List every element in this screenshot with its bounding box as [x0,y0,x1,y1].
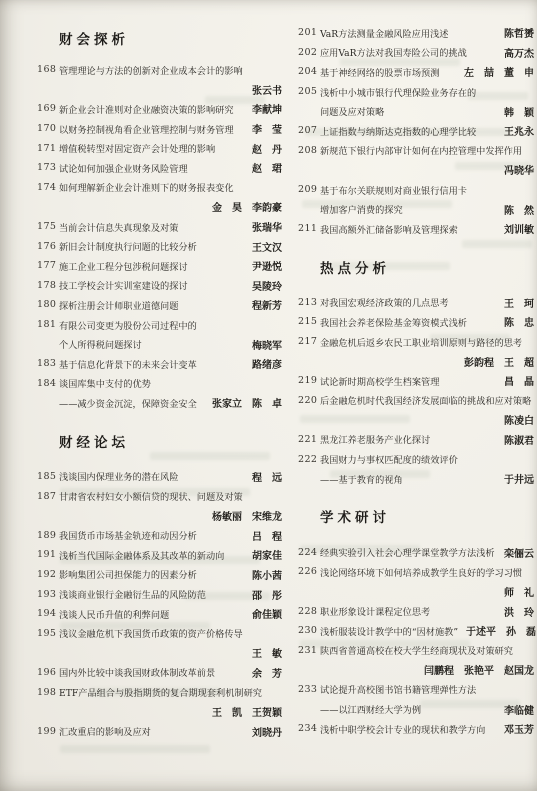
entry-title: 新企业会计准则对企业融资决策的影响研究 [59,102,234,116]
entry-authors: 陈哲赟 [496,25,534,40]
entry-authors: 邵 彤 [244,587,282,602]
entry-number: 204 [298,66,320,77]
entry-number: 234 [298,723,320,734]
toc-entry-continuation: 问题及应对策略韩 颖 [298,101,534,121]
toc-entry: 168管理理论与方法的创新对企业成本会计的影响 [37,60,282,80]
toc-entry-continuation: ——基于教育的视角于井远 [298,469,534,489]
toc-entry: 215我国社会养老保险基金筹资模式浅析陈 忠 [298,312,534,332]
entry-title: 影响集团公司担保能力的因素分析 [59,567,197,581]
toc-entry-continuation: 个人所得税问题探讨梅晓军 [37,334,282,354]
toc-entry: 211我国高额外汇储备影响及管理探索刘训敏 [298,219,534,239]
entry-authors: 王兆永 [496,123,534,138]
entry-title: 应用VaR方法对我国寿险公司的挑战 [320,45,467,59]
toc-entry: 222我国财力与事权匹配度的绩效评价 [298,449,534,469]
entry-authors-line: 张云书 [37,80,282,100]
entry-authors: 栾俪云 [496,545,534,560]
entry-title: ETF产品组合与股指期货的复合期现套利机制研究 [59,685,262,699]
entry-number: 219 [298,375,320,386]
entry-authors-line: 彭韵程 王 超 [298,351,534,371]
entry-number: 196 [37,667,59,678]
entry-title: 国内外比较中谈我国财政体制改革前景 [59,665,215,679]
entry-authors: 赵 珺 [244,160,282,175]
entry-number: 198 [37,687,59,698]
entry-authors: 梅晓军 [244,337,282,352]
entry-authors: 杨敏丽 宋维龙 [204,508,282,523]
toc-entry: 181有限公司变更为股份公司过程中的 [37,315,282,335]
entry-title: 如何理解新企业会计准则下的财务报表变化 [59,180,234,194]
entry-title: 试论新时期高校学生档案管理 [320,374,439,388]
entry-title-continued: 增加客户消费的探究 [298,202,403,216]
entry-number: 226 [298,566,320,577]
toc-entry: 198ETF产品组合与股指期货的复合期现套利机制研究 [37,682,282,702]
section-title: 财经论坛 [37,427,282,455]
toc-entry: 231陕西省普通高校在校大学生经商现状及对策研究 [298,640,534,660]
entry-authors: 张家立 陈 卓 [204,395,282,410]
entry-authors: 王 珂 [496,295,534,310]
entry-title: 浅析当代国际金融体系及其改革的新动向 [59,548,224,562]
entry-title: 浅析中职学校会计专业的现状和教学方向 [320,722,485,736]
entry-title: 上证指数与纳斯达克指数的心理学比较 [320,124,476,138]
entry-number: 180 [37,299,59,310]
toc-entry: 178技工学校会计实训室建设的探讨吴陵玲 [37,276,282,296]
toc-column-left: 财会探析168管理理论与方法的创新对企业成本会计的影响张云书169新企业会计准则… [37,24,282,741]
entry-title: 职业形象设计课程定位思考 [320,604,430,618]
entry-number: 181 [37,319,59,330]
toc-entry: 177施工企业工程分包涉税问题探讨尹逊悦 [37,256,282,276]
entry-number: 233 [298,684,320,695]
toc-entry-continuation: ——减少资金沉淀，保障资金安全张家立 陈 卓 [37,393,282,413]
entry-authors-line: 金 昊 李韵豪 [37,197,282,217]
entry-authors: 赵 丹 [244,141,282,156]
entry-number: 191 [37,549,59,560]
entry-title-continued: ——基于教育的视角 [298,472,403,486]
toc-entry: 180探析注册会计师职业道德问题程新芳 [37,295,282,315]
entry-title: 基于信息化背景下的未来会计变革 [59,357,197,371]
toc-entry: 202应用VaR方法对我国寿险公司的挑战高万杰 [298,43,534,63]
toc-entry: 171增值税转型对固定资产会计处理的影响赵 丹 [37,138,282,158]
entry-title: 增值税转型对固定资产会计处理的影响 [59,141,215,155]
entry-authors: 刘晓丹 [244,724,282,739]
entry-authors: 于井远 [496,471,534,486]
entry-number: 176 [37,241,59,252]
entry-title: 试论如何加强企业财务风险管理 [59,161,188,175]
entry-number: 199 [37,726,59,737]
toc-entry: 169新企业会计准则对企业融资决策的影响研究李献坤 [37,99,282,119]
entry-authors: 金 昊 李韵豪 [204,199,282,214]
entry-title: 以财务控制视角看企业管理控制与财务管理 [59,122,234,136]
toc-entry: 230浅析服装设计教学中的“因材施教”于述平 孙 磊 [298,621,534,641]
entry-authors: 邓玉芳 [496,721,534,736]
entry-title: VaR方法测量金融风险应用浅述 [320,26,448,40]
entry-title-continued: ——减少资金沉淀，保障资金安全 [37,396,197,410]
entry-number: 194 [37,608,59,619]
entry-title: 管理理论与方法的创新对企业成本会计的影响 [59,63,243,77]
toc-entry: 189我国货币市场基金轨迹和动因分析吕 程 [37,525,282,545]
toc-entry: 183基于信息化背景下的未来会计变革路绪彦 [37,354,282,374]
entry-authors: 王 敏 [244,645,282,660]
entry-authors-line: 冯晓华 [298,160,534,180]
entry-title: 我国货币市场基金轨迹和动因分析 [59,528,197,542]
entry-number: 169 [37,103,59,114]
entry-title-continued: 个人所得税问题探讨 [37,337,142,351]
entry-number: 192 [37,569,59,580]
toc-entry: 174如何理解新企业会计准则下的财务报表变化 [37,178,282,198]
entry-authors: 路绪彦 [244,356,282,371]
entry-title-continued: ——以江西财经大学为例 [298,702,421,716]
entry-number: 183 [37,358,59,369]
entry-title: 技工学校会计实训室建设的探讨 [59,278,188,292]
entry-title: 浅析中小城市银行代理保险业务存在的 [320,85,476,99]
toc-entry: 226浅论网络环境下如何培养成教学生良好的学习习惯 [298,562,534,582]
entry-title: 当前会计信息失真现象及对策 [59,220,178,234]
entry-number: 178 [37,280,59,291]
entry-authors: 闫鹏程 张艳平 赵国龙 [416,662,534,677]
entry-authors: 刘训敏 [496,221,534,236]
entry-number: 208 [298,145,320,156]
toc-column-right: 201VaR方法测量金融风险应用浅述陈哲赟202应用VaR方法对我国寿险公司的挑… [298,23,534,738]
toc-entry-continuation: 增加客户消费的探究陈 然 [298,199,534,219]
entry-authors: 高万杰 [496,45,534,60]
bleed-through-artifact [60,745,210,753]
entry-authors: 吕 程 [244,528,282,543]
entry-authors-line: 师 礼 [298,582,534,602]
entry-number: 201 [298,27,320,38]
entry-title: 陕西省普通高校在校大学生经商现状及对策研究 [320,643,513,657]
toc-entry: 170以财务控制视角看企业管理控制与财务管理李 莹 [37,119,282,139]
entry-number: 171 [37,143,59,154]
toc-entry: 185浅谈国内保理业务的潜在风险程 远 [37,467,282,487]
entry-number: 193 [37,589,59,600]
entry-authors: 左 喆 董 申 [456,64,534,79]
entry-number: 185 [37,471,59,482]
entry-authors-line: 陈凌白 [298,410,534,430]
entry-title: 施工企业工程分包涉税问题探讨 [59,259,188,273]
entry-authors: 师 礼 [496,584,534,599]
entry-title: 有限公司变更为股份公司过程中的 [59,318,197,332]
entry-authors-line: 杨敏丽 宋维龙 [37,506,282,526]
entry-number: 222 [298,454,320,465]
entry-number: 177 [37,260,59,271]
entry-authors-line: 闫鹏程 张艳平 赵国龙 [298,660,534,680]
entry-title: 浅谈国内保理业务的潜在风险 [59,469,178,483]
toc-entry: 208新规范下银行内部审计如何在内控管理中发挥作用 [298,141,534,161]
toc-entry: 213对我国宏观经济政策的几点思考王 珂 [298,293,534,313]
section-title: 热点分析 [298,253,534,281]
entry-authors: 冯晓华 [496,162,534,177]
entry-number: 228 [298,606,320,617]
entry-authors: 陈 然 [496,202,534,217]
toc-entry: 217金融危机后返乡农民工职业培训原则与路径的思考 [298,332,534,352]
section-title: 学术研讨 [298,502,534,530]
entry-number: 224 [298,547,320,558]
entry-authors: 吴陵玲 [244,278,282,293]
entry-title: 谈国库集中支付的优势 [59,376,151,390]
entry-authors: 韩 颖 [496,104,534,119]
toc-entry: 219试论新时期高校学生档案管理昌 晶 [298,371,534,391]
entry-number: 189 [37,530,59,541]
entry-title: 浅谈商业银行金融衍生品的风险防范 [59,587,206,601]
entry-number: 202 [298,47,320,58]
entry-title: 黑龙江养老服务产业化探讨 [320,432,430,446]
toc-entry-continuation: ——以江西财经大学为例李临健 [298,699,534,719]
entry-number: 213 [298,297,320,308]
toc-entry: 196国内外比较中谈我国财政体制改革前景余 芳 [37,663,282,683]
toc-entry: 175当前会计信息失真现象及对策张瑞华 [37,217,282,237]
entry-authors: 程 远 [244,469,282,484]
entry-authors: 陈 忠 [496,314,534,329]
entry-number: 209 [298,184,320,195]
toc-entry: 191浅析当代国际金融体系及其改革的新动向胡家佳 [37,545,282,565]
entry-title: 浅析服装设计教学中的“因材施教” [320,624,458,638]
entry-number: 207 [298,125,320,136]
entry-authors: 尹逊悦 [244,258,282,273]
entry-authors: 陈淑君 [496,432,534,447]
entry-title: 探析注册会计师职业道德问题 [59,298,178,312]
entry-title: 金融危机后返乡农民工职业培训原则与路径的思考 [320,335,522,349]
entry-authors: 余 芳 [244,665,282,680]
toc-entry: 209基于布尔关联规则对商业银行信用卡 [298,180,534,200]
entry-authors: 程新芳 [244,297,282,312]
entry-title: 甘肃省农村妇女小额信贷的现状、问题及对策 [59,489,243,503]
entry-authors: 张云书 [244,82,282,97]
toc-entry: 187甘肃省农村妇女小额信贷的现状、问题及对策 [37,486,282,506]
toc-entry: 234浅析中职学校会计专业的现状和教学方向邓玉芳 [298,719,534,739]
entry-number: 173 [37,162,59,173]
entry-title: 基于布尔关联规则对商业银行信用卡 [320,183,467,197]
entry-title: 汇改重启的影响及应对 [59,724,151,738]
entry-authors: 洪 玲 [496,604,534,619]
entry-title: 基于神经网络的股票市场预测 [320,65,439,79]
entry-title: 浅谈人民币升值的利弊问题 [59,607,169,621]
entry-authors: 陈凌白 [496,412,534,427]
toc-entry: 221黑龙江养老服务产业化探讨陈淑君 [298,430,534,450]
toc-entry: 192影响集团公司担保能力的因素分析陈小茜 [37,565,282,585]
entry-authors: 李 莹 [244,121,282,136]
entry-title: 新规范下银行内部审计如何在内控管理中发挥作用 [320,143,522,157]
entry-title: 浅论网络环境下如何培养成教学生良好的学习习惯 [320,565,522,579]
entry-title: 经典实验引入社会心理学课堂教学方法浅析 [320,545,495,559]
entry-authors: 李临健 [496,702,534,717]
toc-entry: 194浅谈人民币升值的利弊问题俞佳颖 [37,604,282,624]
entry-number: 187 [37,491,59,502]
entry-number: 215 [298,316,320,327]
entry-authors: 胡家佳 [244,547,282,562]
entry-number: 168 [37,64,59,75]
entry-title: 试论提升高校图书馆书籍管理弹性方法 [320,682,476,696]
section-title: 财会探析 [37,24,282,52]
toc-entry: 204基于神经网络的股票市场预测左 喆 董 申 [298,62,534,82]
entry-authors: 彭韵程 王 超 [456,354,534,369]
entry-authors: 陈小茜 [244,567,282,582]
entry-number: 217 [298,336,320,347]
entry-authors: 李献坤 [244,101,282,116]
entry-title: 我国社会养老保险基金筹资模式浅析 [320,315,467,329]
entry-number: 170 [37,123,59,134]
entry-number: 184 [37,378,59,389]
entry-number: 175 [37,221,59,232]
toc-entry: 195浅议金融危机下我国货币政策的资产价格传导 [37,623,282,643]
entry-title: 我国财力与事权匹配度的绩效评价 [320,452,458,466]
entry-number: 174 [37,182,59,193]
entry-authors: 张瑞华 [244,219,282,234]
toc-entry: 201VaR方法测量金融风险应用浅述陈哲赟 [298,23,534,43]
journal-toc-page: 财会探析168管理理论与方法的创新对企业成本会计的影响张云书169新企业会计准则… [0,0,537,791]
entry-authors-line: 王 凯 王贺颖 [37,702,282,722]
entry-authors: 王 凯 王贺颖 [204,704,282,719]
entry-number: 211 [298,223,320,234]
entry-title: 后金融危机时代我国经济发展面临的挑战和应对策略 [320,393,531,407]
toc-entry: 224经典实验引入社会心理学课堂教学方法浅析栾俪云 [298,542,534,562]
entry-authors: 俞佳颖 [244,606,282,621]
entry-title: 浅议金融危机下我国货币政策的资产价格传导 [59,626,243,640]
toc-entry: 228职业形象设计课程定位思考洪 玲 [298,601,534,621]
entry-number: 221 [298,434,320,445]
entry-title: 新旧会计制度执行问题的比较分析 [59,239,197,253]
toc-entry: 207上证指数与纳斯达克指数的心理学比较王兆永 [298,121,534,141]
toc-entry: 173试论如何加强企业财务风险管理赵 珺 [37,158,282,178]
toc-entry: 193浅谈商业银行金融衍生品的风险防范邵 彤 [37,584,282,604]
toc-entry: 220后金融危机时代我国经济发展面临的挑战和应对策略 [298,391,534,411]
entry-number: 205 [298,86,320,97]
toc-entry: 199汇改重启的影响及应对刘晓丹 [37,721,282,741]
entry-title-continued: 问题及应对策略 [298,104,384,118]
entry-authors-line: 王 敏 [37,643,282,663]
entry-authors: 王文汉 [244,239,282,254]
entry-authors: 于述平 孙 磊 [458,623,536,638]
entry-title: 我国高额外汇储备影响及管理探索 [320,222,458,236]
toc-entry: 205浅析中小城市银行代理保险业务存在的 [298,82,534,102]
toc-entry: 184谈国库集中支付的优势 [37,374,282,394]
entry-authors: 昌 晶 [496,373,534,388]
toc-entry: 233试论提升高校图书馆书籍管理弹性方法 [298,680,534,700]
entry-number: 230 [298,625,320,636]
entry-number: 231 [298,645,320,656]
entry-number: 195 [37,628,59,639]
entry-title: 对我国宏观经济政策的几点思考 [320,295,449,309]
entry-number: 220 [298,395,320,406]
toc-entry: 176新旧会计制度执行问题的比较分析王文汉 [37,236,282,256]
